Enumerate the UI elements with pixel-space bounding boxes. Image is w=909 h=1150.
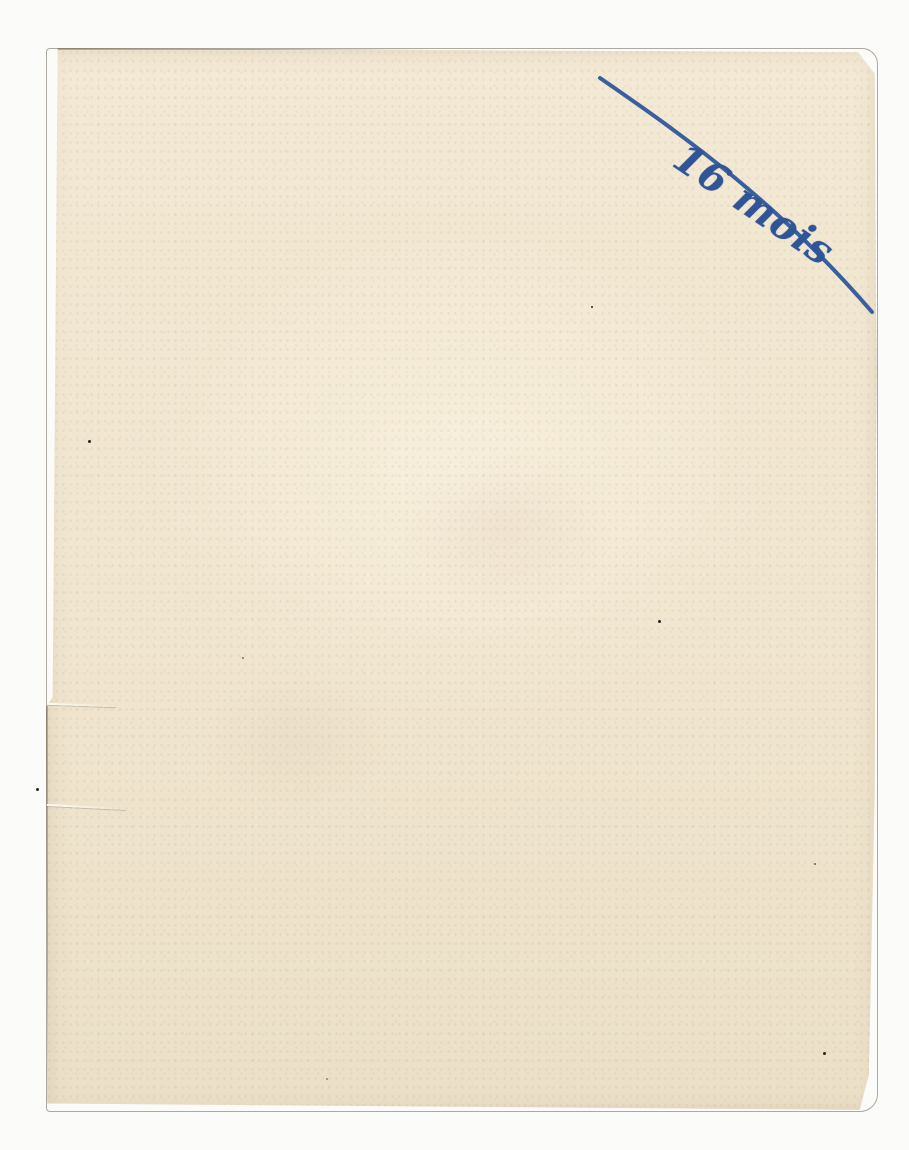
ink-speck	[242, 657, 244, 659]
ink-speck	[823, 1052, 826, 1055]
ink-speck	[591, 306, 593, 308]
paper-texture	[46, 48, 878, 1112]
ink-speck	[326, 1078, 328, 1080]
ink-speck	[658, 620, 661, 623]
ink-speck	[88, 440, 91, 443]
scan-dust-speck	[36, 788, 39, 791]
ink-speck	[814, 863, 816, 865]
paper-card	[46, 48, 878, 1112]
